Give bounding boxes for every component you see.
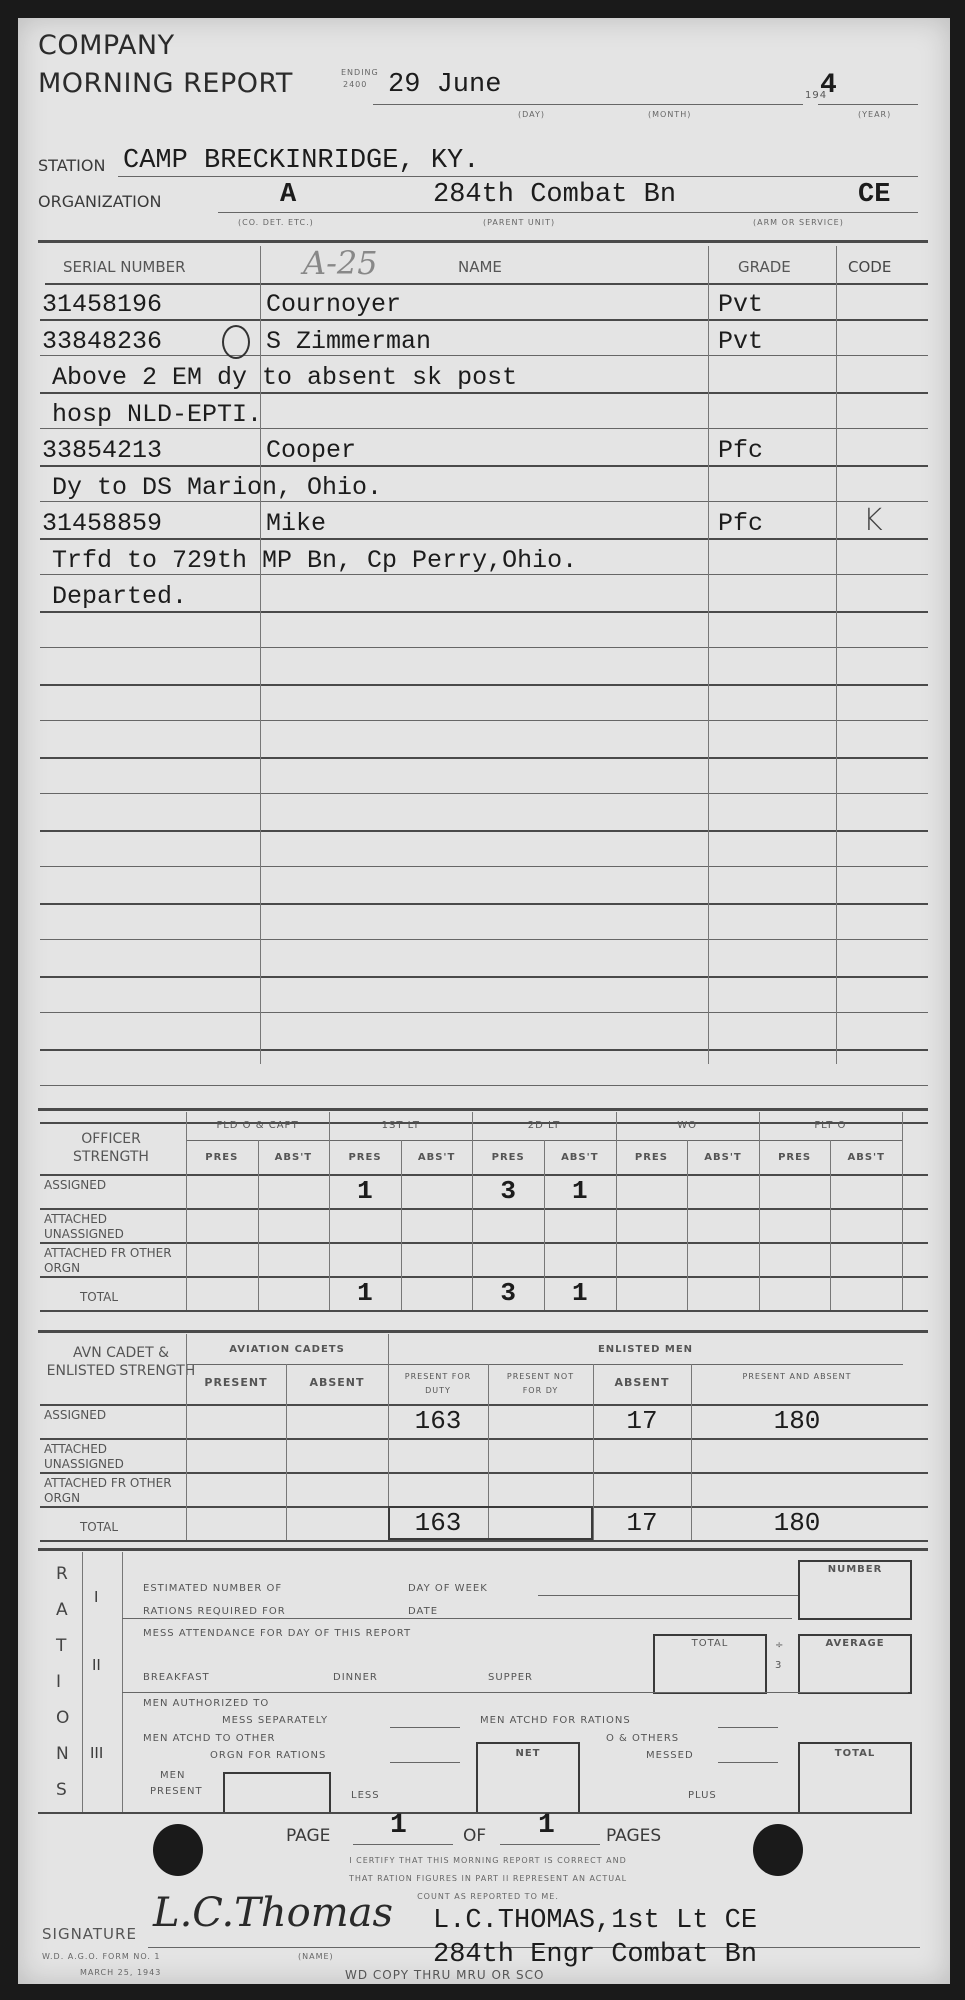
rations-col-divider-2 xyxy=(122,1552,123,1814)
roster-top-rule xyxy=(38,240,928,243)
officer-row-rule xyxy=(40,1208,928,1210)
page-number-line xyxy=(353,1844,453,1845)
roster-rule xyxy=(40,866,928,867)
serial-number: 31458859 xyxy=(42,509,162,538)
soldier-grade: Pfc xyxy=(718,509,763,538)
year-digit: 4 xyxy=(820,70,837,101)
enlisted-cell[interactable]: 163 xyxy=(388,1406,488,1436)
roster-header-rule xyxy=(45,283,928,285)
total-present-box xyxy=(388,1506,593,1540)
month-caption: (MONTH) xyxy=(648,110,691,119)
part1-label2: RATIONS REQUIRED FOR xyxy=(143,1606,286,1617)
punch-hole-right xyxy=(753,1824,803,1876)
name-caption: (NAME) xyxy=(298,1952,334,1961)
officer-subcol-header: PRES xyxy=(472,1152,544,1163)
roster-rule xyxy=(40,939,928,940)
roster-remark: Dy to DS Marion, Ohio. xyxy=(52,473,382,502)
officer-group-header: WO xyxy=(616,1120,759,1131)
rations-bottom-rule xyxy=(38,1812,910,1814)
officer-cell[interactable]: 3 xyxy=(472,1176,544,1206)
officer-group-header: FLD O & CAPT xyxy=(186,1120,329,1131)
handwritten-signature: L.C.Thomas xyxy=(153,1890,393,1936)
breakfast-label: BREAKFAST xyxy=(143,1672,210,1683)
number-box-label: NUMBER xyxy=(798,1564,912,1575)
page-total-line xyxy=(500,1844,600,1845)
other-orgn-line xyxy=(390,1762,460,1763)
certify-line2: THAT RATION FIGURES IN PART II REPRESENT… xyxy=(253,1874,723,1883)
morning-report-form: COMPANY MORNING REPORT ENDING 2400 29 Ju… xyxy=(18,18,950,1984)
rations-side-letter: O xyxy=(56,1708,69,1728)
men-authorized-label1: MEN AUTHORIZED TO xyxy=(143,1698,269,1709)
enlisted-strength-title: AVN CADET & ENLISTED STRENGTH xyxy=(46,1344,196,1380)
roster-col-divider-3 xyxy=(836,246,837,1064)
rations-side-letter: I xyxy=(56,1672,61,1692)
officer-cell[interactable]: 1 xyxy=(329,1278,401,1308)
officer-subcol-header: ABS'T xyxy=(687,1152,759,1163)
roster-line: Trfd to 729th MP Bn, Cp Perry,Ohio. xyxy=(18,546,928,583)
report-date: 29 June xyxy=(388,70,501,100)
roster-rule xyxy=(40,684,928,686)
enlisted-col-divider xyxy=(691,1364,692,1540)
officer-group-header: 1ST LT xyxy=(329,1120,472,1131)
officer-subcol-header: ABS'T xyxy=(830,1152,902,1163)
soldier-name: Mike xyxy=(266,509,326,538)
roster-rule xyxy=(40,903,928,905)
roster-line: 31458196CournoyerPvt xyxy=(18,290,928,327)
officer-group-header: 2D LT xyxy=(472,1120,615,1131)
soldier-grade: Pfc xyxy=(718,436,763,465)
enlisted-cell[interactable]: 180 xyxy=(691,1508,903,1538)
men-present-label2: PRESENT xyxy=(150,1786,203,1797)
rations-top-rule xyxy=(38,1548,928,1551)
roster-rule xyxy=(40,976,928,978)
roster-line: Dy to DS Marion, Ohio. xyxy=(18,473,928,510)
arm-caption: (ARM OR SERVICE) xyxy=(753,218,844,227)
soldier-grade: Pvt xyxy=(718,327,763,356)
net-label: NET xyxy=(476,1748,580,1759)
enlisted-row-label: ATTACHED UNASSIGNED xyxy=(44,1442,174,1472)
page-label: PAGE xyxy=(286,1826,330,1846)
officer-cell[interactable]: 1 xyxy=(544,1176,616,1206)
organization-arm-service: CE xyxy=(858,180,890,210)
enlisted-row-rule xyxy=(40,1438,928,1440)
officer-col-divider xyxy=(544,1140,545,1310)
typed-officer-unit: 284th Engr Combat Bn xyxy=(433,1940,757,1970)
officer-row-label: TOTAL xyxy=(44,1290,154,1305)
organization-parent-unit: 284th Combat Bn xyxy=(433,180,676,210)
officer-col-divider xyxy=(830,1140,831,1310)
date-underline xyxy=(373,104,803,105)
organization-underline xyxy=(218,212,918,213)
officer-strength-top-rule xyxy=(38,1108,928,1111)
rations-side-letter: T xyxy=(56,1636,66,1656)
plus-label: PLUS xyxy=(688,1790,717,1801)
organization-label: ORGANIZATION xyxy=(38,192,161,211)
enlisted-col-header: PRESENT xyxy=(186,1376,286,1390)
roster-col-divider-1 xyxy=(260,246,261,1064)
roster-rule xyxy=(40,720,928,721)
mess-attendance-label: MESS ATTENDANCE FOR DAY OF THIS REPORT xyxy=(143,1628,411,1639)
rations-side-letter: A xyxy=(56,1600,68,1620)
form-title-line2: MORNING REPORT xyxy=(38,68,293,99)
enlisted-cell[interactable]: 180 xyxy=(691,1406,903,1436)
date-label: DATE xyxy=(408,1606,438,1617)
station-underline xyxy=(118,176,918,177)
roster-line: 31458859MikePfcK xyxy=(18,509,928,546)
officer-subcol-header: PRES xyxy=(186,1152,258,1163)
rations-side-letter: R xyxy=(56,1564,68,1584)
officer-cell[interactable]: 1 xyxy=(544,1278,616,1308)
officer-subcol-header: PRES xyxy=(759,1152,831,1163)
officer-subcol-header: ABS'T xyxy=(401,1152,473,1163)
roster-rule xyxy=(40,1085,928,1086)
men-atchd-rations-label: MEN ATCHD FOR RATIONS xyxy=(480,1715,631,1726)
rations-side-letter: S xyxy=(56,1780,67,1800)
roster-rule xyxy=(40,1049,928,1051)
status-code: K xyxy=(863,503,883,538)
roster-rule xyxy=(40,793,928,794)
serial-number: 33854213 xyxy=(42,436,162,465)
aviation-cadets-header: AVIATION CADETS xyxy=(186,1344,388,1355)
men-atchd-other-label1: MEN ATCHD TO OTHER xyxy=(143,1733,276,1744)
pages-label: PAGES xyxy=(606,1826,661,1846)
enlisted-col-header: ABSENT xyxy=(593,1376,691,1390)
ending-time: 2400 xyxy=(343,80,367,89)
officer-cell[interactable]: 1 xyxy=(329,1176,401,1206)
circled-mark-icon xyxy=(222,325,250,359)
o-others-label1: O & OTHERS xyxy=(606,1733,679,1744)
organization-company: A xyxy=(280,180,296,210)
enlisted-col-divider xyxy=(286,1364,287,1540)
o-others-line xyxy=(718,1762,778,1763)
roster-line: Departed. xyxy=(18,582,928,619)
officer-row-label: ASSIGNED xyxy=(44,1178,174,1193)
officer-row-rule xyxy=(40,1242,928,1244)
ending-label: ENDING xyxy=(341,68,379,77)
men-authorized-label2: MESS SEPARATELY xyxy=(222,1715,328,1726)
enlisted-row-rule xyxy=(40,1472,928,1474)
certify-line1: I CERTIFY THAT THIS MORNING REPORT IS CO… xyxy=(253,1856,723,1865)
part2-numeral: II xyxy=(92,1656,101,1674)
of-label: OF xyxy=(463,1826,486,1846)
divide-sign: ÷ xyxy=(775,1640,784,1651)
code-header: CODE xyxy=(848,258,891,276)
roster-rule xyxy=(40,1012,928,1013)
rations-side-letter: N xyxy=(56,1744,69,1764)
men-present-box[interactable] xyxy=(223,1772,331,1814)
year-caption: (YEAR) xyxy=(858,110,891,119)
mess-total-label: TOTAL xyxy=(653,1638,767,1649)
part1-label1: ESTIMATED NUMBER OF xyxy=(143,1583,282,1594)
officer-col-divider xyxy=(329,1112,330,1310)
roster-rule xyxy=(40,757,928,759)
less-label: LESS xyxy=(351,1790,380,1801)
part3-numeral: III xyxy=(90,1744,103,1762)
page-number: 1 xyxy=(390,1810,407,1841)
enlisted-cell[interactable]: 17 xyxy=(593,1406,691,1436)
mess-separately-line xyxy=(390,1727,460,1728)
part1-numeral: I xyxy=(94,1588,98,1606)
supper-label: SUPPER xyxy=(488,1672,533,1683)
officer-col-divider xyxy=(472,1112,473,1310)
name-header: NAME xyxy=(458,258,502,276)
day-of-week-line xyxy=(538,1595,798,1596)
page-total: 1 xyxy=(538,1810,555,1841)
enlisted-row-label: TOTAL xyxy=(44,1520,154,1535)
officer-subcol-header: ABS'T xyxy=(544,1152,616,1163)
officer-cell[interactable]: 3 xyxy=(472,1278,544,1308)
routing-instruction: WD COPY THRU MRU OR SCO xyxy=(345,1968,544,1982)
officer-col-divider xyxy=(687,1140,688,1310)
roster-remark: Trfd to 729th MP Bn, Cp Perry,Ohio. xyxy=(52,546,577,575)
enlisted-row-label: ATTACHED FR OTHER ORGN xyxy=(44,1476,174,1506)
serial-number: 33848236 xyxy=(42,327,162,356)
rations-col-divider-1 xyxy=(82,1552,83,1814)
roster-remark: Above 2 EM dy to absent sk post xyxy=(52,363,517,392)
enlisted-header-rule xyxy=(186,1364,903,1365)
roster-rule xyxy=(40,647,928,648)
part2-bottom-rule xyxy=(122,1692,908,1693)
officer-subcol-header: ABS'T xyxy=(258,1152,330,1163)
roster-remark: hosp NLD-EPTI. xyxy=(52,400,262,429)
enlisted-col-divider xyxy=(593,1364,594,1540)
enlisted-col-header: PRESENT FOR DUTY xyxy=(388,1370,488,1398)
officer-strength-title: OFFICER STRENGTH xyxy=(46,1130,176,1166)
soldier-name: Cournoyer xyxy=(266,290,401,319)
form-date: MARCH 25, 1943 xyxy=(80,1968,161,1977)
enlisted-col-header: PRESENT AND ABSENT xyxy=(691,1370,903,1384)
serial-number-header: SERIAL NUMBER xyxy=(63,258,186,276)
soldier-grade: Pvt xyxy=(718,290,763,319)
officer-col-divider xyxy=(759,1112,760,1310)
roster-rule xyxy=(40,830,928,832)
roster-line: 33854213CooperPfc xyxy=(18,436,928,473)
enlisted-cell[interactable]: 17 xyxy=(593,1508,691,1538)
officer-group-header: FLT O xyxy=(759,1120,902,1131)
officer-subcol-header: PRES xyxy=(329,1152,401,1163)
men-atchd-other-label2: ORGN FOR RATIONS xyxy=(210,1750,326,1761)
officer-col-divider xyxy=(401,1140,402,1310)
signature-label: SIGNATURE xyxy=(42,1925,137,1943)
dinner-label: DINNER xyxy=(333,1672,378,1683)
enlisted-col-divider xyxy=(186,1334,187,1540)
form-id: W.D. A.G.O. FORM NO. 1 xyxy=(42,1952,161,1961)
roster-col-divider-2 xyxy=(708,246,709,1064)
enlisted-col-header: PRESENT NOT FOR DY xyxy=(488,1370,593,1398)
officer-col-divider xyxy=(616,1112,617,1310)
roster-line: 33848236S ZimmermanPvt xyxy=(18,327,928,364)
enlisted-strength-top-rule xyxy=(38,1330,928,1333)
parent-unit-caption: (PARENT UNIT) xyxy=(483,218,555,227)
company-caption: (CO. DET. ETC.) xyxy=(238,218,314,227)
station-label: STATION xyxy=(38,156,105,175)
officer-row-label: ATTACHED FR OTHER ORGN xyxy=(44,1246,174,1276)
form-title-line1: COMPANY xyxy=(38,30,175,61)
punch-hole-left xyxy=(153,1824,203,1876)
station-value: CAMP BRECKINRIDGE, KY. xyxy=(123,146,479,176)
officer-col-divider xyxy=(258,1140,259,1310)
year-underline xyxy=(818,104,918,105)
officer-col-divider xyxy=(902,1112,903,1310)
roster-line: Above 2 EM dy to absent sk post xyxy=(18,363,928,400)
men-atchd-rations-line xyxy=(718,1727,778,1728)
handwritten-annotation: A-25 xyxy=(303,244,378,282)
officer-subcol-header: PRES xyxy=(616,1152,688,1163)
enlisted-row-rule xyxy=(40,1540,928,1542)
typed-officer-name: L.C.THOMAS,1st Lt CE xyxy=(433,1906,757,1936)
day-caption: (DAY) xyxy=(518,110,545,119)
roster-line: hosp NLD-EPTI. xyxy=(18,400,928,437)
enlisted-row-label: ASSIGNED xyxy=(44,1408,174,1423)
soldier-name: Cooper xyxy=(266,436,356,465)
part1-bottom-rule xyxy=(122,1618,792,1619)
serial-number: 31458196 xyxy=(42,290,162,319)
average-label: AVERAGE xyxy=(798,1638,912,1649)
men-present-label1: MEN xyxy=(160,1770,185,1781)
grade-header: GRADE xyxy=(738,258,791,276)
enlisted-men-header: ENLISTED MEN xyxy=(388,1344,903,1355)
o-others-label2: MESSED xyxy=(646,1750,694,1761)
rations-total-label: TOTAL xyxy=(798,1748,912,1759)
divisor: 3 xyxy=(775,1660,782,1671)
day-of-week-label: DAY OF WEEK xyxy=(408,1583,488,1594)
officer-row-label: ATTACHED UNASSIGNED xyxy=(44,1212,174,1242)
officer-row-rule xyxy=(40,1310,928,1312)
officer-col-divider xyxy=(186,1112,187,1310)
roster-remark: Departed. xyxy=(52,582,187,611)
enlisted-col-header: ABSENT xyxy=(286,1376,388,1390)
soldier-name: S Zimmerman xyxy=(266,327,431,356)
